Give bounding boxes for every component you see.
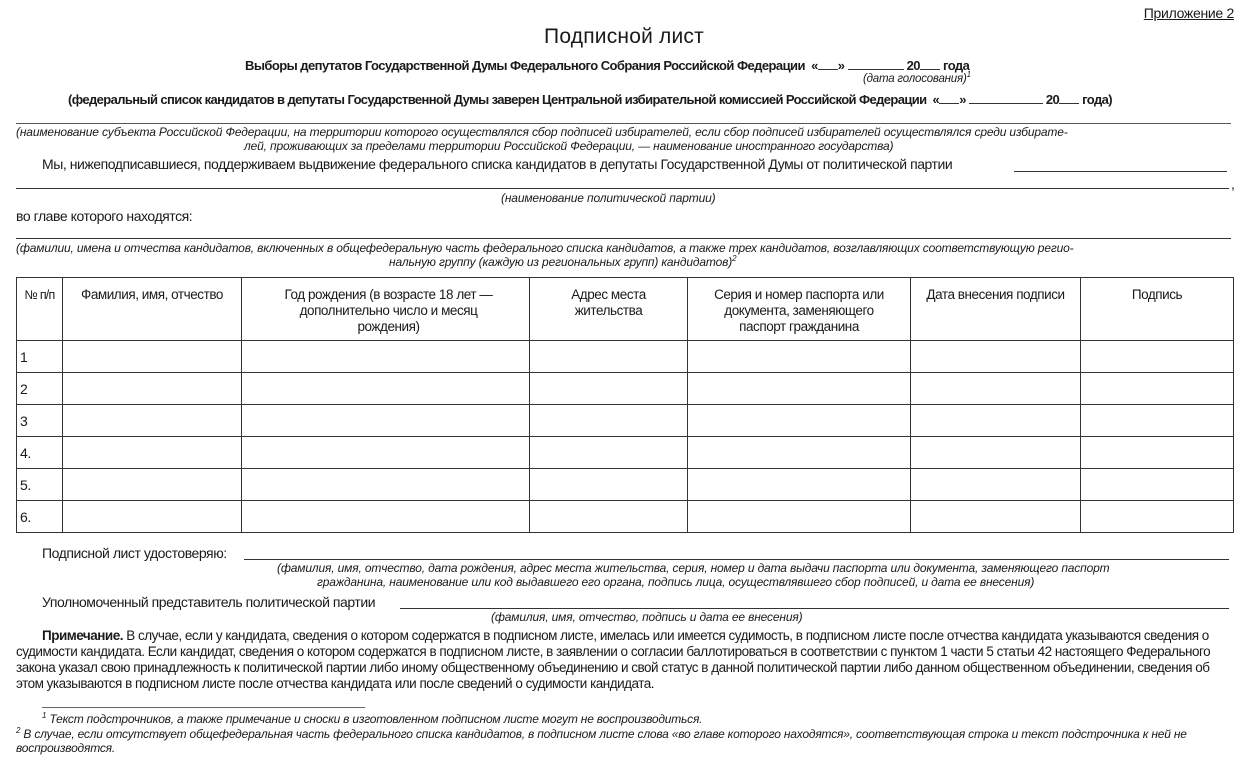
row-number: 3 <box>17 405 63 437</box>
signature-cell[interactable] <box>1081 341 1234 373</box>
certification-label: Подписной лист удостоверяю: <box>42 545 227 561</box>
column-header-birth-year: Год рождения (в возрасте 18 лет — дополн… <box>242 278 530 341</box>
signature-cell[interactable] <box>1081 469 1234 501</box>
passport-cell[interactable] <box>688 341 911 373</box>
party-caption: (наименование политической партии) <box>501 191 716 205</box>
full-name-cell[interactable] <box>63 405 242 437</box>
signature-date-cell[interactable] <box>911 501 1081 533</box>
footnote-divider <box>42 707 365 708</box>
election-year-field[interactable] <box>920 57 940 70</box>
full-name-cell[interactable] <box>63 437 242 469</box>
signature-date-cell[interactable] <box>911 469 1081 501</box>
subject-caption-1: (наименование субъекта Российской Федера… <box>16 125 1068 139</box>
table-row: 5. <box>17 469 1234 501</box>
note-label: Примечание. <box>42 628 123 643</box>
birth-year-cell[interactable] <box>242 501 530 533</box>
table-row: 4. <box>17 437 1234 469</box>
list-month-field[interactable] <box>969 91 1043 104</box>
support-statement: Мы, нижеподписавшиеся, поддерживаем выдв… <box>42 156 952 172</box>
row-number: 1 <box>17 341 63 373</box>
passport-cell[interactable] <box>688 437 911 469</box>
election-title: Выборы депутатов Государственной Думы Фе… <box>245 58 805 73</box>
representative-field[interactable] <box>400 608 1229 609</box>
row-number: 5. <box>17 469 63 501</box>
birth-year-cell[interactable] <box>242 469 530 501</box>
address-cell[interactable] <box>530 373 688 405</box>
signature-cell[interactable] <box>1081 405 1234 437</box>
birth-year-cell[interactable] <box>242 341 530 373</box>
table-row: 2 <box>17 373 1234 405</box>
party-trailing-comma: , <box>1231 176 1234 192</box>
passport-cell[interactable] <box>688 501 911 533</box>
address-cell[interactable] <box>530 341 688 373</box>
election-line: Выборы депутатов Государственной Думы Фе… <box>245 57 969 73</box>
candidates-caption-1: (фамилии, имена и отчества кандидатов, в… <box>16 241 1074 255</box>
signature-cell[interactable] <box>1081 437 1234 469</box>
voting-date-caption: (дата голосования)1 <box>863 73 971 85</box>
passport-cell[interactable] <box>688 405 911 437</box>
column-header-full-name: Фамилия, имя, отчество <box>63 278 242 341</box>
certifier-caption-2: гражданина, наименование или код выдавше… <box>317 575 1034 589</box>
list-certification-text: (федеральный список кандидатов в депутат… <box>68 92 927 107</box>
full-name-cell[interactable] <box>63 373 242 405</box>
list-day-field[interactable] <box>939 91 959 104</box>
heads-label: во главе которого находятся: <box>16 208 192 224</box>
election-month-field[interactable] <box>848 57 904 70</box>
certifier-caption-1: (фамилия, имя, отчество, дата рождения, … <box>277 561 1110 575</box>
representative-caption: (фамилия, имя, отчество, подпись и дата … <box>491 610 803 624</box>
passport-cell[interactable] <box>688 373 911 405</box>
table-row: 3 <box>17 405 1234 437</box>
address-cell[interactable] <box>530 469 688 501</box>
signatures-table: № п/п Фамилия, имя, отчество Год рождени… <box>16 277 1234 533</box>
full-name-cell[interactable] <box>63 501 242 533</box>
party-name-field[interactable] <box>1014 171 1227 172</box>
footnote-1: 1 Текст подстрочников, а также примечани… <box>42 712 702 726</box>
address-cell[interactable] <box>530 437 688 469</box>
row-number: 2 <box>17 373 63 405</box>
table-row: 6. <box>17 501 1234 533</box>
candidates-field[interactable] <box>16 238 1231 239</box>
address-cell[interactable] <box>530 405 688 437</box>
row-number: 4. <box>17 437 63 469</box>
appendix-label: Приложение 2 <box>1144 5 1234 21</box>
list-year-field[interactable] <box>1059 91 1079 104</box>
signature-cell[interactable] <box>1081 373 1234 405</box>
candidates-caption-2: нальную группу (каждую из региональных г… <box>389 255 736 269</box>
page-title: Подписной лист <box>0 25 1248 49</box>
subject-caption-2: лей, проживающих за пределами территории… <box>244 139 893 153</box>
passport-cell[interactable] <box>688 469 911 501</box>
row-number: 6. <box>17 501 63 533</box>
signature-date-cell[interactable] <box>911 341 1081 373</box>
column-header-signature-date: Дата внесения подписи <box>911 278 1081 341</box>
full-name-cell[interactable] <box>63 469 242 501</box>
party-name-field-continued[interactable] <box>16 188 1229 189</box>
note-text: В случае, если у кандидата, сведения о к… <box>16 628 1210 691</box>
signature-date-cell[interactable] <box>911 405 1081 437</box>
footnote-2: 2 В случае, если отсутствует общефедерал… <box>16 727 1234 755</box>
signature-date-cell[interactable] <box>911 437 1081 469</box>
note-block: Примечание. В случае, если у кандидата, … <box>16 628 1234 692</box>
signature-cell[interactable] <box>1081 501 1234 533</box>
column-header-passport: Серия и номер паспорта или документа, за… <box>688 278 911 341</box>
column-header-number: № п/п <box>17 278 63 341</box>
birth-year-cell[interactable] <box>242 405 530 437</box>
full-name-cell[interactable] <box>63 341 242 373</box>
election-day-field[interactable] <box>818 57 838 70</box>
table-header-row: № п/п Фамилия, имя, отчество Год рождени… <box>17 278 1234 341</box>
column-header-address: Адрес места жительства <box>530 278 688 341</box>
signature-date-cell[interactable] <box>911 373 1081 405</box>
table-row: 1 <box>17 341 1234 373</box>
list-certification-line: (федеральный список кандидатов в депутат… <box>68 91 1112 107</box>
birth-year-cell[interactable] <box>242 373 530 405</box>
address-cell[interactable] <box>530 501 688 533</box>
representative-label: Уполномоченный представитель политическо… <box>42 594 375 610</box>
birth-year-cell[interactable] <box>242 437 530 469</box>
subject-field[interactable] <box>16 123 1231 124</box>
column-header-signature: Подпись <box>1081 278 1234 341</box>
certifier-field[interactable] <box>244 559 1229 560</box>
